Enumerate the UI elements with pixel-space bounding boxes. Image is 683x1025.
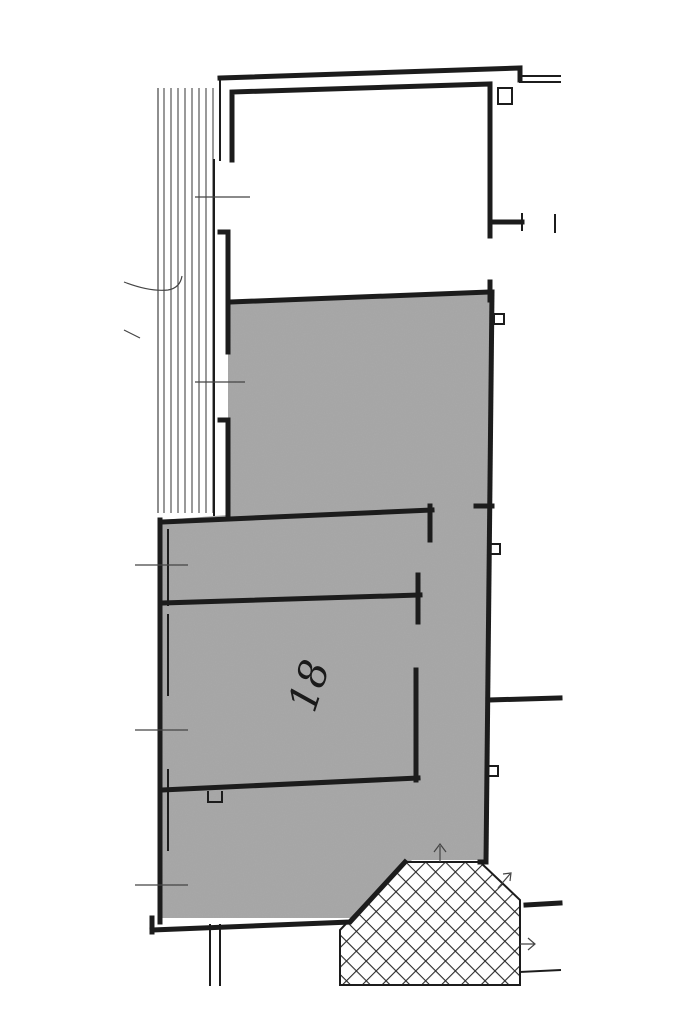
annotation-mark: [124, 330, 140, 338]
balcony-strip: [124, 88, 216, 513]
stair-arrow-icon: [520, 938, 535, 950]
floor-plan: 18: [0, 0, 683, 1025]
